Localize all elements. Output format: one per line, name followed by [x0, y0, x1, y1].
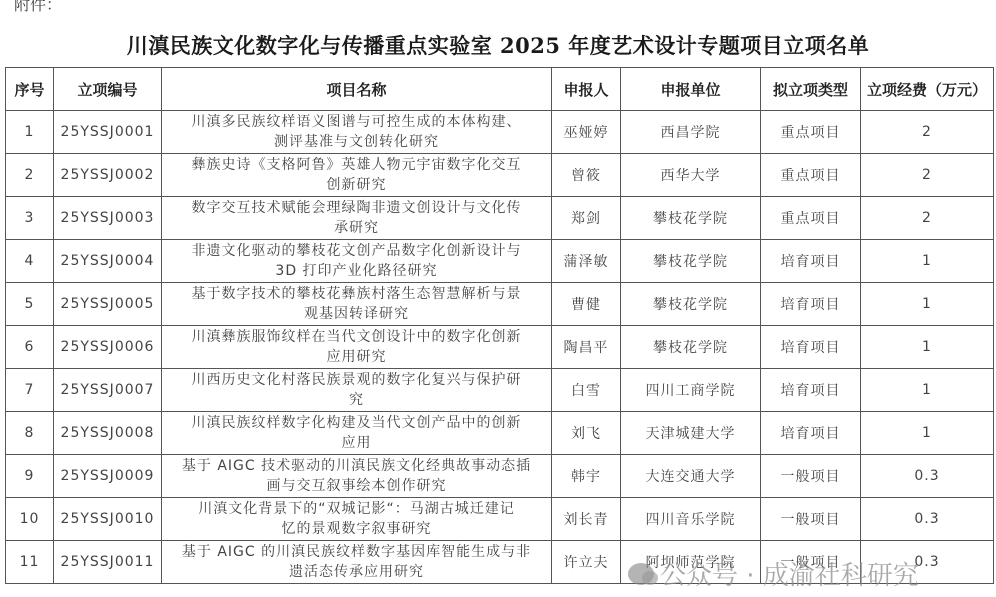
table-row: 325YSSJ0003数字交互技术赋能会理绿陶非遗文创设计与文化传承研究郑剑攀枝…: [6, 197, 994, 240]
cell-funding: 1: [861, 326, 994, 369]
cell-index: 1: [6, 111, 54, 154]
cell-unit: 攀枝花学院: [621, 197, 761, 240]
table-row: 1025YSSJ0010川滇文化背景下的“双城记影“：马湖古城迁建记忆的景观数字…: [6, 498, 994, 541]
cell-project-type: 一般项目: [761, 498, 861, 541]
cell-project-type: 培育项目: [761, 369, 861, 412]
cell-funding: 2: [861, 154, 994, 197]
project-name-line-1: 数字交互技术赋能会理绿陶非遗文创设计与文化传: [166, 198, 547, 218]
project-name-line-2: 3D 打印产业化路径研究: [166, 261, 547, 281]
cell-unit: 攀枝花学院: [621, 326, 761, 369]
table-row: 725YSSJ0007川西历史文化村落民族景观的数字化复兴与保护研究白雪四川工商…: [6, 369, 994, 412]
cell-project-type: 重点项目: [761, 197, 861, 240]
table-row: 125YSSJ0001川滇多民族纹样语义图谱与可控生成的本体构建、测评基准与文创…: [6, 111, 994, 154]
cell-funding: 1: [861, 412, 994, 455]
cell-unit: 西昌学院: [621, 111, 761, 154]
cell-funding: 0.3: [861, 541, 994, 584]
cell-project-code: 25YSSJ0007: [54, 369, 162, 412]
cell-project-type: 重点项目: [761, 111, 861, 154]
cell-project-type: 培育项目: [761, 326, 861, 369]
cell-project-name: 川滇文化背景下的“双城记影“：马湖古城迁建记忆的景观数字叙事研究: [162, 498, 552, 541]
project-name-line-1: 基于数字技术的攀枝花彝族村落生态智慧解析与景: [166, 284, 547, 304]
cell-index: 6: [6, 326, 54, 369]
cell-unit: 阿坝师范学院: [621, 541, 761, 584]
cell-applicant: 蒲泽敏: [552, 240, 621, 283]
cell-project-name: 川滇彝族服饰纹样在当代文创设计中的数字化创新应用研究: [162, 326, 552, 369]
cell-index: 9: [6, 455, 54, 498]
cell-project-name: 数字交互技术赋能会理绿陶非遗文创设计与文化传承研究: [162, 197, 552, 240]
table-row: 425YSSJ0004非遗文化驱动的攀枝花文创产品数字化创新设计与3D 打印产业…: [6, 240, 994, 283]
cell-project-type: 培育项目: [761, 283, 861, 326]
project-name-line-2: 创新研究: [166, 175, 547, 195]
cell-index: 10: [6, 498, 54, 541]
project-name-line-2: 应用研究: [166, 347, 547, 367]
cell-project-name: 非遗文化驱动的攀枝花文创产品数字化创新设计与3D 打印产业化路径研究: [162, 240, 552, 283]
column-header-type: 拟立项类型: [761, 68, 861, 111]
cell-unit: 四川工商学院: [621, 369, 761, 412]
cell-project-code: 25YSSJ0002: [54, 154, 162, 197]
cell-funding: 1: [861, 369, 994, 412]
cell-funding: 2: [861, 197, 994, 240]
cell-index: 4: [6, 240, 54, 283]
cell-applicant: 巫娅婷: [552, 111, 621, 154]
project-name-line-2: 遗活态传承应用研究: [166, 562, 547, 582]
cell-index: 2: [6, 154, 54, 197]
cell-applicant: 曾筱: [552, 154, 621, 197]
table-row: 225YSSJ0002彝族史诗《支格阿鲁》英雄人物元宇宙数字化交互创新研究曾筱西…: [6, 154, 994, 197]
attachment-label: 附件：: [14, 0, 62, 15]
project-name-line-2: 忆的景观数字叙事研究: [166, 519, 547, 539]
cell-project-name: 基于 AIGC 技术驱动的川滇民族文化经典故事动态插画与交互叙事绘本创作研究: [162, 455, 552, 498]
column-header-project-name: 项目名称: [162, 68, 552, 111]
project-name-line-1: 彝族史诗《支格阿鲁》英雄人物元宇宙数字化交互: [166, 155, 547, 175]
cell-applicant: 韩宇: [552, 455, 621, 498]
cell-project-type: 一般项目: [761, 455, 861, 498]
column-header-funding: 立项经费（万元）: [861, 68, 994, 111]
cell-applicant: 许立夫: [552, 541, 621, 584]
cell-applicant: 陶昌平: [552, 326, 621, 369]
project-name-line-1: 基于 AIGC 的川滇民族纹样数字基因库智能生成与非: [166, 542, 547, 562]
cell-unit: 四川音乐学院: [621, 498, 761, 541]
cell-unit: 大连交通大学: [621, 455, 761, 498]
document-title: 川滇民族文化数字化与传播重点实验室 2025 年度艺术设计专题项目立项名单: [0, 30, 996, 60]
table-row: 925YSSJ0009基于 AIGC 技术驱动的川滇民族文化经典故事动态插画与交…: [6, 455, 994, 498]
cell-project-name: 川西历史文化村落民族景观的数字化复兴与保护研究: [162, 369, 552, 412]
cell-project-code: 25YSSJ0006: [54, 326, 162, 369]
cell-project-code: 25YSSJ0008: [54, 412, 162, 455]
cell-project-type: 重点项目: [761, 154, 861, 197]
column-header-index: 序号: [6, 68, 54, 111]
cell-index: 5: [6, 283, 54, 326]
cell-index: 7: [6, 369, 54, 412]
project-name-line-2: 观基因转译研究: [166, 304, 547, 324]
column-header-applicant: 申报人: [552, 68, 621, 111]
cell-unit: 攀枝花学院: [621, 283, 761, 326]
cell-unit: 西华大学: [621, 154, 761, 197]
table-row: 525YSSJ0005基于数字技术的攀枝花彝族村落生态智慧解析与景观基因转译研究…: [6, 283, 994, 326]
cell-project-code: 25YSSJ0010: [54, 498, 162, 541]
project-name-line-1: 川滇民族纹样数字化构建及当代文创产品中的创新: [166, 413, 547, 433]
project-name-line-2: 承研究: [166, 218, 547, 238]
column-header-code: 立项编号: [54, 68, 162, 111]
cell-project-name: 彝族史诗《支格阿鲁》英雄人物元宇宙数字化交互创新研究: [162, 154, 552, 197]
cell-index: 3: [6, 197, 54, 240]
cell-index: 8: [6, 412, 54, 455]
project-name-line-2: 画与交互叙事绘本创作研究: [166, 476, 547, 496]
cell-project-name: 川滇多民族纹样语义图谱与可控生成的本体构建、测评基准与文创转化研究: [162, 111, 552, 154]
cell-project-code: 25YSSJ0011: [54, 541, 162, 584]
cell-unit: 攀枝花学院: [621, 240, 761, 283]
cell-project-name: 川滇民族纹样数字化构建及当代文创产品中的创新应用: [162, 412, 552, 455]
project-name-line-1: 川滇彝族服饰纹样在当代文创设计中的数字化创新: [166, 327, 547, 347]
cell-index: 11: [6, 541, 54, 584]
project-name-line-1: 川西历史文化村落民族景观的数字化复兴与保护研: [166, 370, 547, 390]
cell-project-code: 25YSSJ0005: [54, 283, 162, 326]
cell-project-name: 基于 AIGC 的川滇民族纹样数字基因库智能生成与非遗活态传承应用研究: [162, 541, 552, 584]
project-list-table: 序号 立项编号 项目名称 申报人 申报单位 拟立项类型 立项经费（万元） 125…: [5, 67, 994, 584]
cell-funding: 2: [861, 111, 994, 154]
project-name-line-2: 应用: [166, 433, 547, 453]
cell-applicant: 曹健: [552, 283, 621, 326]
cell-project-code: 25YSSJ0003: [54, 197, 162, 240]
cell-applicant: 郑剑: [552, 197, 621, 240]
table-header-row: 序号 立项编号 项目名称 申报人 申报单位 拟立项类型 立项经费（万元）: [6, 68, 994, 111]
cell-funding: 1: [861, 283, 994, 326]
cell-project-type: 一般项目: [761, 541, 861, 584]
cell-applicant: 刘长青: [552, 498, 621, 541]
cell-project-type: 培育项目: [761, 412, 861, 455]
cell-funding: 0.3: [861, 498, 994, 541]
cell-project-code: 25YSSJ0009: [54, 455, 162, 498]
cell-project-code: 25YSSJ0004: [54, 240, 162, 283]
project-name-line-2: 究: [166, 390, 547, 410]
project-name-line-1: 非遗文化驱动的攀枝花文创产品数字化创新设计与: [166, 241, 547, 261]
project-name-line-1: 川滇多民族纹样语义图谱与可控生成的本体构建、: [166, 112, 547, 132]
table-row: 625YSSJ0006川滇彝族服饰纹样在当代文创设计中的数字化创新应用研究陶昌平…: [6, 326, 994, 369]
table-row: 1125YSSJ0011基于 AIGC 的川滇民族纹样数字基因库智能生成与非遗活…: [6, 541, 994, 584]
cell-project-type: 培育项目: [761, 240, 861, 283]
table-row: 825YSSJ0008川滇民族纹样数字化构建及当代文创产品中的创新应用刘飞天津城…: [6, 412, 994, 455]
cell-unit: 天津城建大学: [621, 412, 761, 455]
project-name-line-2: 测评基准与文创转化研究: [166, 132, 547, 152]
project-name-line-1: 川滇文化背景下的“双城记影“：马湖古城迁建记: [166, 499, 547, 519]
cell-applicant: 白雪: [552, 369, 621, 412]
column-header-unit: 申报单位: [621, 68, 761, 111]
cell-funding: 1: [861, 240, 994, 283]
cell-project-code: 25YSSJ0001: [54, 111, 162, 154]
cell-project-name: 基于数字技术的攀枝花彝族村落生态智慧解析与景观基因转译研究: [162, 283, 552, 326]
cell-funding: 0.3: [861, 455, 994, 498]
cell-applicant: 刘飞: [552, 412, 621, 455]
project-name-line-1: 基于 AIGC 技术驱动的川滇民族文化经典故事动态插: [166, 456, 547, 476]
